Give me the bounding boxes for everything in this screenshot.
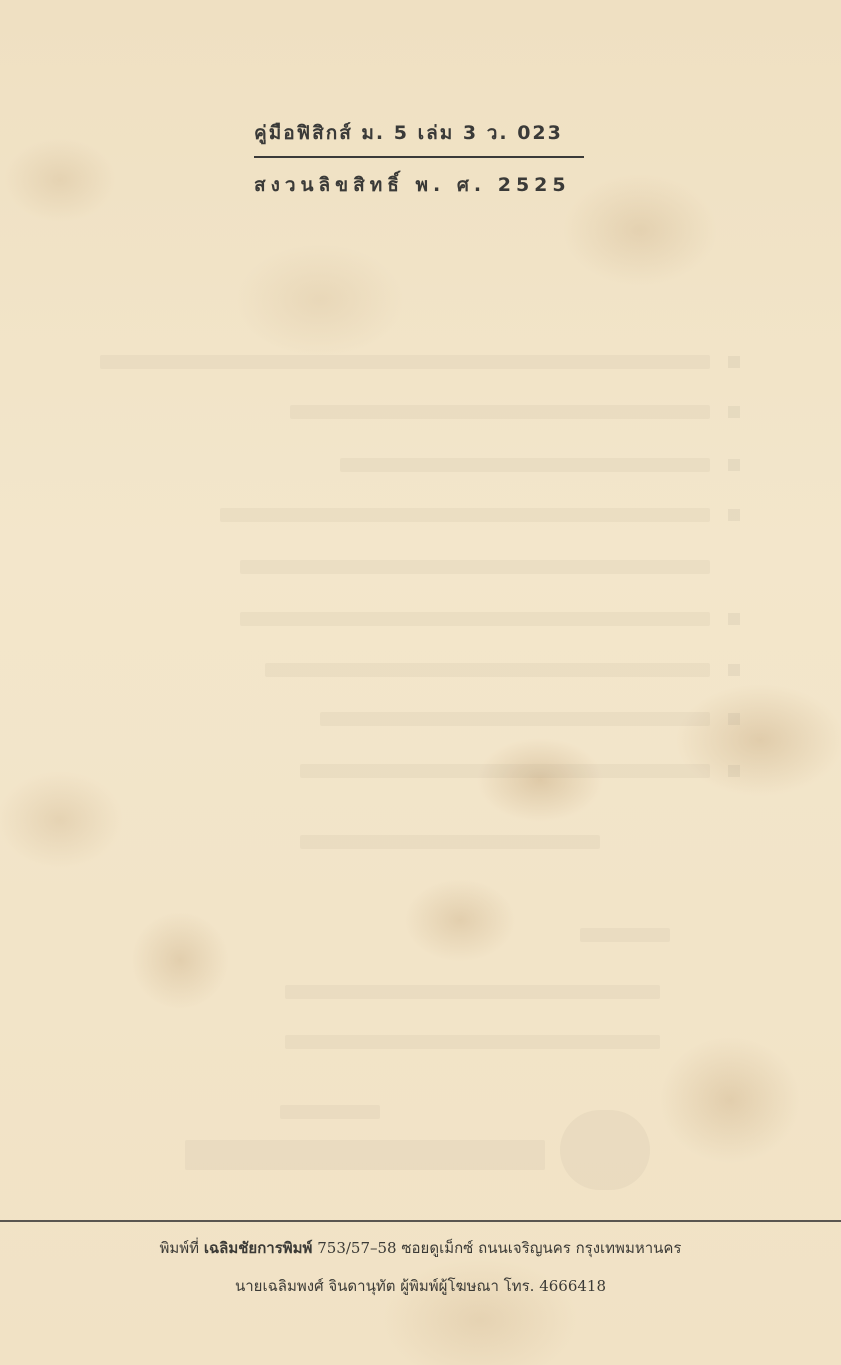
printer-imprint: พิมพ์ที่ เฉลิมชัยการพิมพ์ 753/57–58 ซอยด…: [0, 1236, 841, 1298]
printer-address: 753/57–58 ซอยดูเม็กซ์ ถนนเจริญนคร กรุงเท…: [317, 1239, 681, 1257]
printer-name: เฉลิมชัยการพิมพ์: [204, 1239, 313, 1257]
copyright-notice: สงวนลิขสิทธิ์ พ. ศ. 2525: [254, 170, 584, 200]
publisher-line: นายเฉลิมพงศ์ จินดานุทัต ผู้พิมพ์ผู้โฆษณา…: [0, 1274, 841, 1298]
title-divider: [254, 156, 584, 158]
printed-at-label: พิมพ์ที่: [159, 1239, 199, 1257]
imprint-divider: [0, 1220, 841, 1222]
title-block: คู่มือฟิสิกส์ ม. 5 เล่ม 3 ว. 023 สงวนลิข…: [254, 118, 584, 200]
book-title: คู่มือฟิสิกส์ ม. 5 เล่ม 3 ว. 023: [254, 118, 584, 154]
